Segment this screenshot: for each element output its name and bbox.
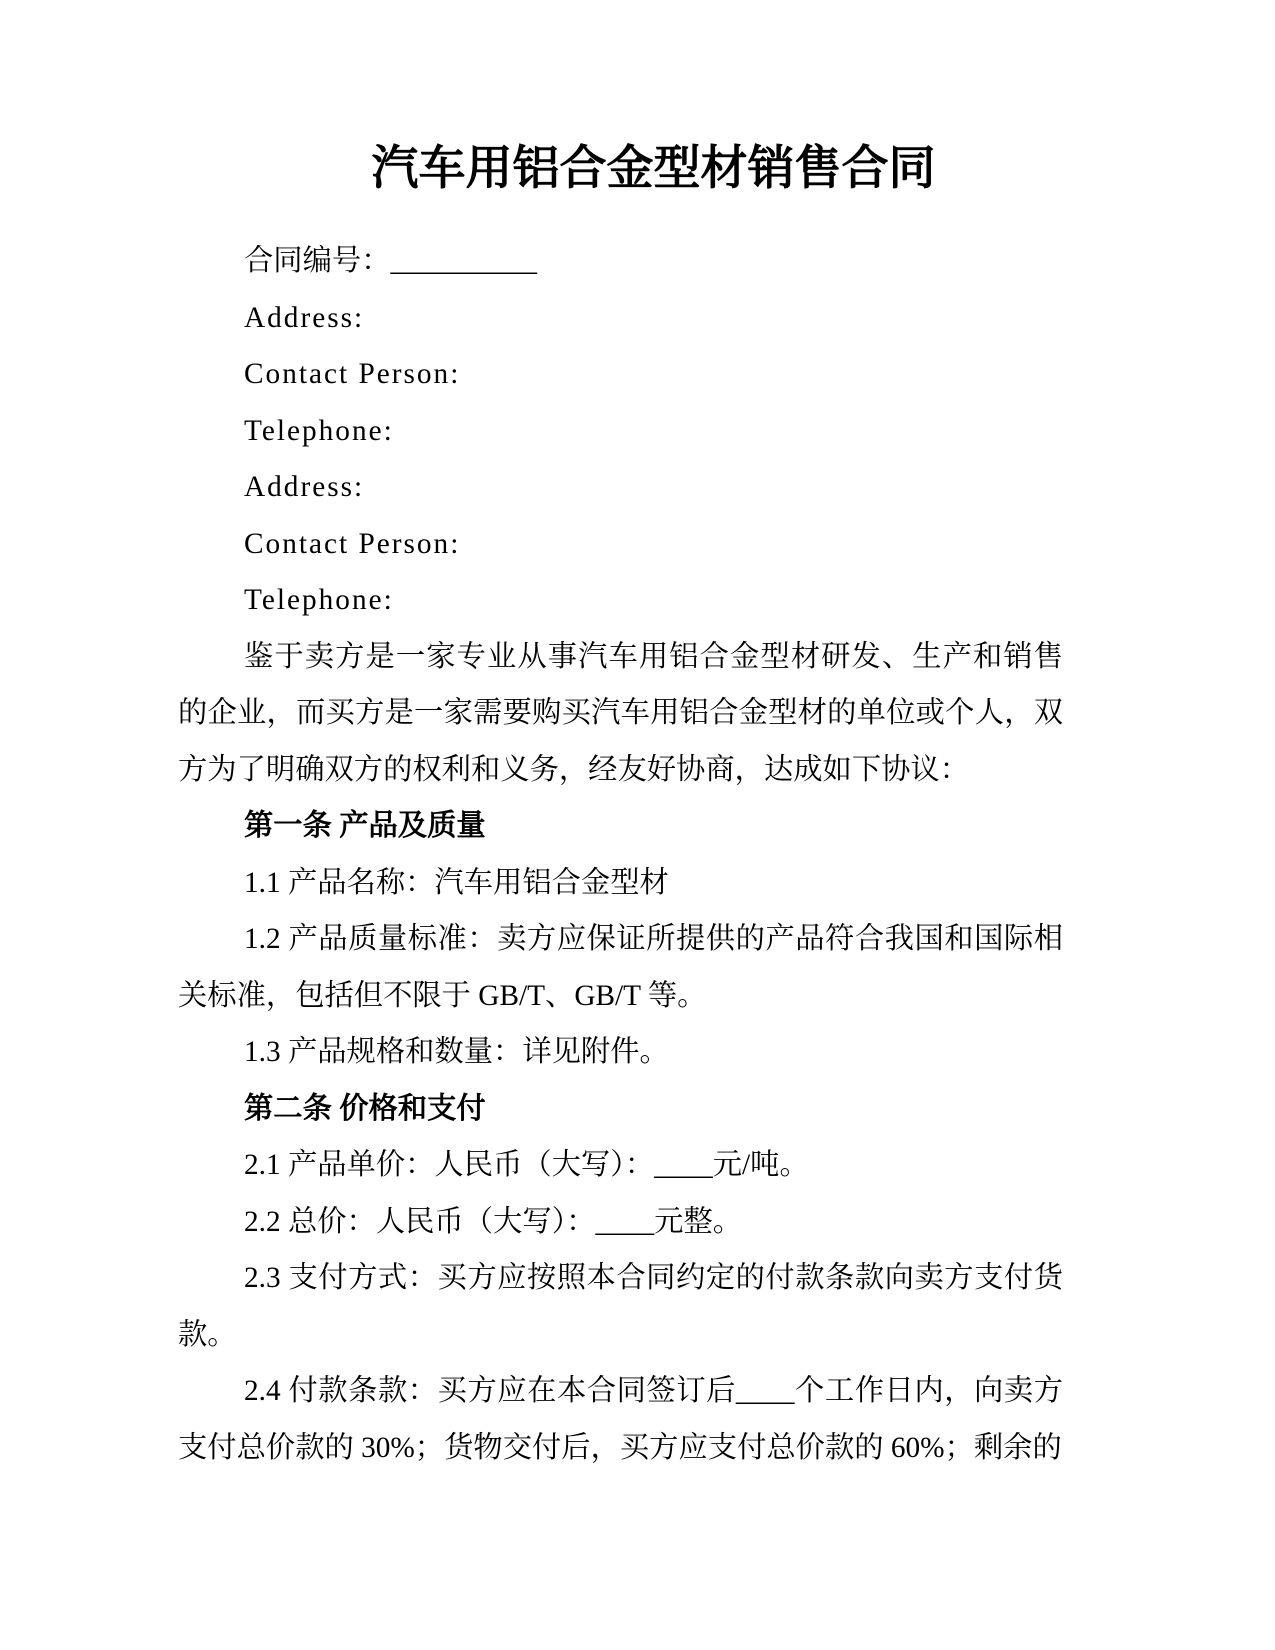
clause-1-3: 1.3 产品规格和数量：详见附件。 — [178, 1024, 1063, 1081]
buyer-telephone-line: Telephone: — [178, 572, 1063, 629]
seller-contact-person-line: Contact Person: — [178, 346, 1063, 403]
article-2-heading: 第二条 价格和支付 — [178, 1081, 1063, 1138]
document-body: 合同编号：__________Address:Contact Person:Te… — [178, 233, 1063, 1476]
clause-2-1: 2.1 产品单价：人民币（大写）：____元/吨。 — [178, 1137, 1063, 1194]
seller-telephone-line: Telephone: — [178, 403, 1063, 460]
preamble-paragraph: 鉴于卖方是一家专业从事汽车用铝合金型材研发、生产和销售的企业，而买方是一家需要购… — [178, 629, 1063, 799]
clause-1-1: 1.1 产品名称：汽车用铝合金型材 — [178, 855, 1063, 912]
article-1-heading: 第一条 产品及质量 — [178, 798, 1063, 855]
contract-number-line: 合同编号：__________ — [178, 233, 1063, 290]
buyer-address-line: Address: — [178, 459, 1063, 516]
clause-2-4: 2.4 付款条款：买方应在本合同签订后____个工作日内，向卖方支付总价款的 3… — [178, 1363, 1063, 1476]
clause-1-2: 1.2 产品质量标准：卖方应保证所提供的产品符合我国和国际相关标准，包括但不限于… — [178, 911, 1063, 1024]
page-content: 汽车用铝合金型材销售合同 合同编号：__________Address:Cont… — [0, 0, 1275, 1476]
contract-page: 汽车用铝合金型材销售合同 合同编号：__________Address:Cont… — [0, 0, 1275, 1650]
seller-address-line: Address: — [178, 290, 1063, 347]
buyer-contact-person-line: Contact Person: — [178, 516, 1063, 573]
page-title: 汽车用铝合金型材销售合同 — [178, 139, 1063, 200]
clause-2-3: 2.3 支付方式：买方应按照本合同约定的付款条款向卖方支付货款。 — [178, 1250, 1063, 1363]
clause-2-2: 2.2 总价：人民币（大写）：____元整。 — [178, 1194, 1063, 1251]
